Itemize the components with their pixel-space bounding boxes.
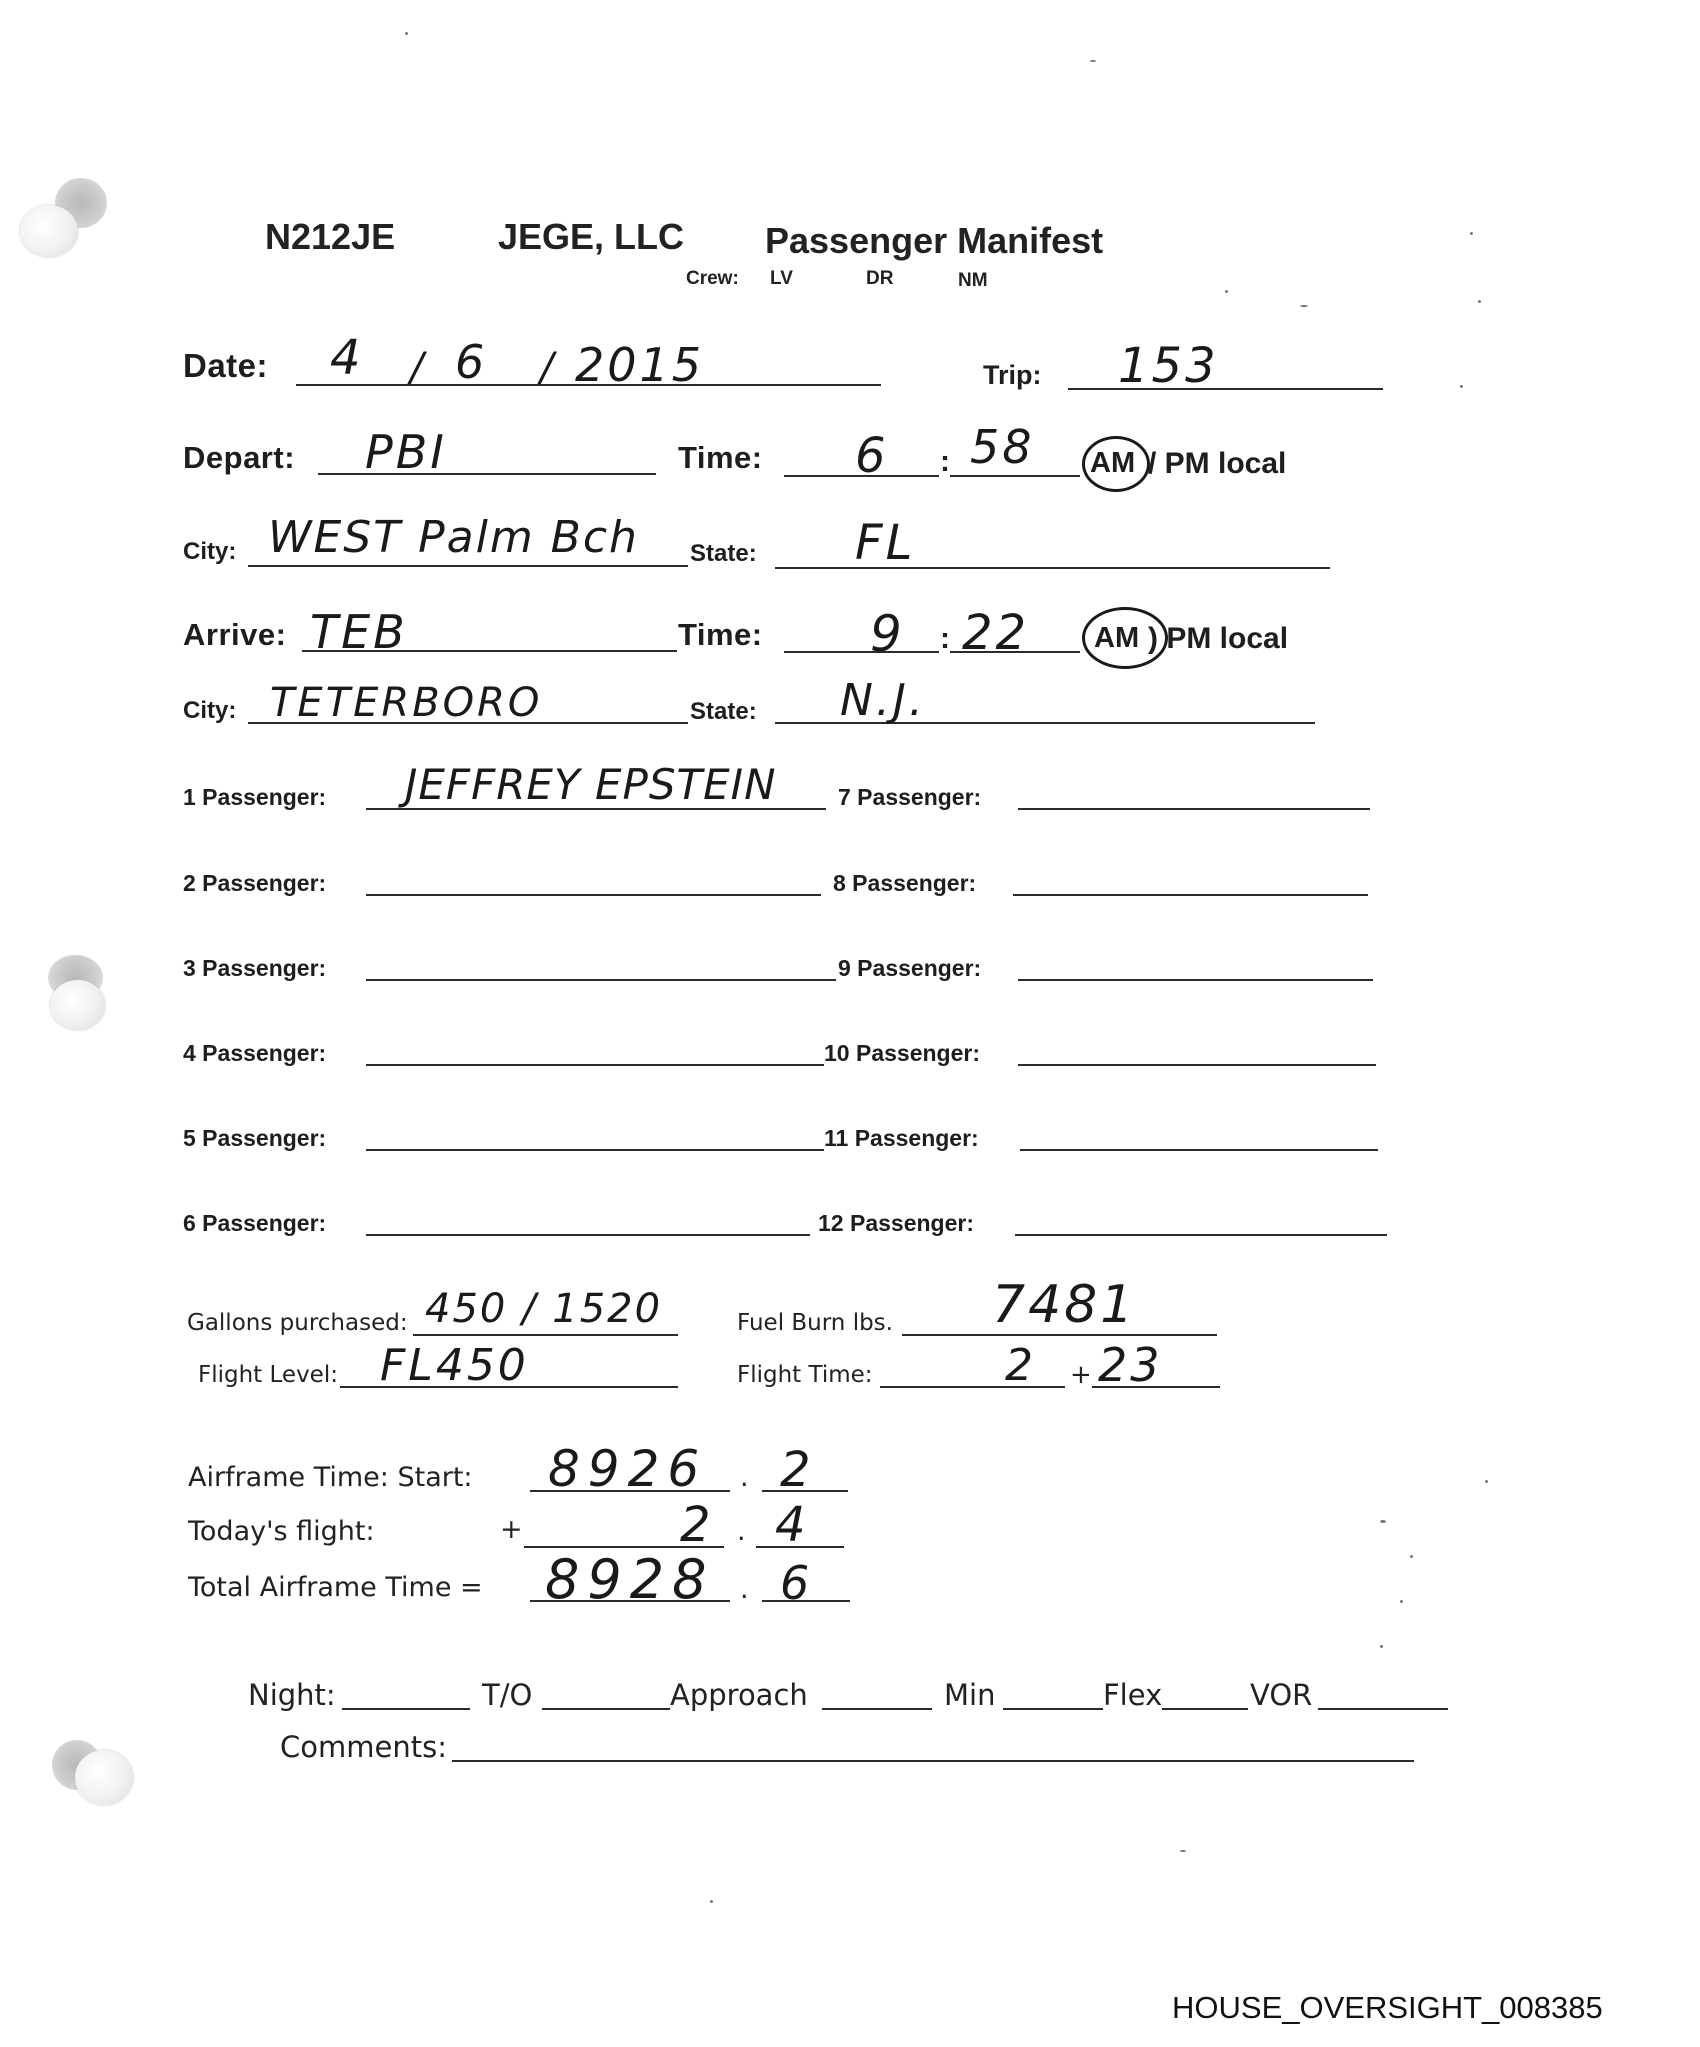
arrive-city-value: TETERBORO (270, 680, 542, 726)
depart-minute-line[interactable] (950, 475, 1080, 477)
min-label: Min (944, 1678, 995, 1712)
todays-flight-whole-value: 2 (680, 1497, 714, 1553)
passenger-11-field[interactable] (1020, 1149, 1378, 1151)
fuel-burn-value: 7481 (992, 1275, 1136, 1335)
passenger-12-label: 12 Passenger: (818, 1210, 974, 1237)
flight-level-value: FL450 (380, 1340, 529, 1391)
depart-city-value: WEST Palm Bch (268, 512, 639, 563)
crew-member-3: NM (958, 270, 988, 292)
night-field[interactable] (342, 1708, 470, 1710)
arrive-hour-line[interactable] (784, 651, 939, 653)
date-day-value: 6 (455, 335, 487, 389)
takeoff-field[interactable] (542, 1708, 670, 1710)
arrive-city-label: City: (183, 697, 236, 725)
passenger-3-field[interactable] (366, 979, 836, 981)
approach-label: Approach (670, 1678, 808, 1712)
passenger-10-label: 10 Passenger: (824, 1040, 980, 1067)
passenger-7-label: 7 Passenger: (838, 784, 981, 811)
night-label: Night: (248, 1678, 336, 1712)
bates-number: HOUSE_OVERSIGHT_008385 (1172, 1990, 1603, 2026)
arrive-time-label: Time: (678, 617, 763, 653)
passenger-12-field[interactable] (1015, 1234, 1387, 1236)
decimal-point: . (740, 1574, 749, 1605)
depart-am-option[interactable]: AM (1090, 447, 1135, 480)
gallons-field[interactable] (413, 1334, 678, 1336)
decimal-point: . (740, 1462, 749, 1493)
vor-label: VOR (1250, 1678, 1312, 1712)
min-field[interactable] (1003, 1708, 1103, 1710)
todays-flight-tenth-value: 4 (775, 1497, 809, 1553)
depart-label: Depart: (183, 440, 295, 476)
flight-time-hours-value: 2 (1005, 1340, 1036, 1391)
flight-time-label: Flight Time: (737, 1362, 873, 1388)
date-year-value: 2015 (575, 338, 704, 392)
passenger-1-value: JEFFREY EPSTEIN (405, 760, 777, 809)
passenger-8-label: 8 Passenger: (833, 870, 976, 897)
form-title: Passenger Manifest (765, 220, 1103, 262)
depart-airport-value: PBI (365, 425, 447, 479)
passenger-8-field[interactable] (1013, 894, 1368, 896)
passenger-10-field[interactable] (1018, 1064, 1376, 1066)
flex-label: Flex (1103, 1678, 1162, 1712)
passenger-3-label: 3 Passenger: (183, 955, 326, 982)
passenger-2-label: 2 Passenger: (183, 870, 326, 897)
vor-field[interactable] (1318, 1708, 1448, 1710)
airframe-start-tenth-value: 2 (780, 1442, 814, 1498)
arrive-label: Arrive: (183, 617, 286, 653)
passenger-5-label: 5 Passenger: (183, 1125, 326, 1152)
time-colon: : (940, 622, 950, 656)
passenger-4-label: 4 Passenger: (183, 1040, 326, 1067)
total-airframe-whole-value: 8928 (545, 1548, 714, 1611)
crew-label: Crew: (686, 268, 739, 290)
passenger-9-label: 9 Passenger: (838, 955, 981, 982)
fuel-burn-label: Fuel Burn lbs. (737, 1310, 893, 1336)
passenger-1-label: 1 Passenger: (183, 784, 326, 811)
todays-flight-label: Today's flight: (188, 1516, 375, 1547)
airframe-start-label: Airframe Time: Start: (188, 1462, 473, 1493)
crew-member-1: LV (770, 268, 793, 290)
passenger-11-label: 11 Passenger: (824, 1125, 979, 1152)
trip-field-line[interactable] (1068, 388, 1383, 390)
arrive-am-option[interactable]: AM (1094, 622, 1139, 655)
decimal-point: . (737, 1516, 746, 1547)
takeoff-label: T/O (482, 1678, 532, 1712)
gallons-value: 450 / 1520 (425, 1286, 662, 1332)
arrive-hour-value: 9 (870, 605, 905, 663)
flex-field[interactable] (1162, 1708, 1248, 1710)
passenger-6-label: 6 Passenger: (183, 1210, 326, 1237)
passenger-4-field[interactable] (366, 1064, 824, 1066)
approach-field[interactable] (822, 1708, 932, 1710)
depart-state-value: FL (855, 515, 915, 571)
date-separator-2: / (540, 345, 556, 391)
trip-label: Trip: (983, 360, 1042, 391)
comments-field[interactable] (452, 1760, 1414, 1762)
time-colon: : (940, 445, 950, 479)
gallons-label: Gallons purchased: (187, 1310, 408, 1336)
passenger-9-field[interactable] (1018, 979, 1373, 981)
todays-flight-plus: + (500, 1514, 523, 1545)
depart-state-label: State: (690, 540, 757, 568)
company-name: JEGE, LLC (498, 216, 684, 258)
comments-label: Comments: (280, 1730, 447, 1764)
arrive-pm-option[interactable]: ) PM local (1148, 622, 1288, 656)
flight-time-hours-field[interactable] (880, 1386, 1065, 1388)
arrive-state-value: N.J. (840, 675, 926, 726)
arrive-airport-value: TEB (310, 605, 408, 659)
airframe-start-whole-value: 8926 (548, 1440, 707, 1498)
depart-hour-value: 6 (855, 428, 889, 484)
flight-time-minutes-value: 23 (1098, 1338, 1163, 1392)
depart-city-label: City: (183, 538, 236, 566)
flight-level-label: Flight Level: (198, 1362, 338, 1388)
depart-minute-value: 58 (970, 420, 1035, 474)
passenger-5-field[interactable] (366, 1149, 824, 1151)
total-airframe-label: Total Airframe Time = (188, 1572, 483, 1603)
passenger-6-field[interactable] (366, 1234, 810, 1236)
date-separator: / (410, 345, 426, 391)
crew-member-2: DR (866, 268, 893, 290)
trip-number-value: 153 (1118, 338, 1219, 394)
depart-time-label: Time: (678, 440, 763, 476)
tail-number: N212JE (265, 216, 395, 258)
depart-city-line[interactable] (248, 565, 688, 567)
arrive-state-label: State: (690, 698, 757, 726)
date-month-value: 4 (330, 330, 364, 386)
passenger-2-field[interactable] (366, 894, 821, 896)
passenger-7-field[interactable] (1018, 808, 1370, 810)
date-label: Date: (183, 347, 268, 385)
total-airframe-tenth-value: 6 (780, 1556, 812, 1610)
flight-time-plus: + (1070, 1360, 1092, 1390)
arrive-minute-value: 22 (962, 605, 1029, 661)
depart-pm-option[interactable]: / PM local (1148, 447, 1286, 481)
